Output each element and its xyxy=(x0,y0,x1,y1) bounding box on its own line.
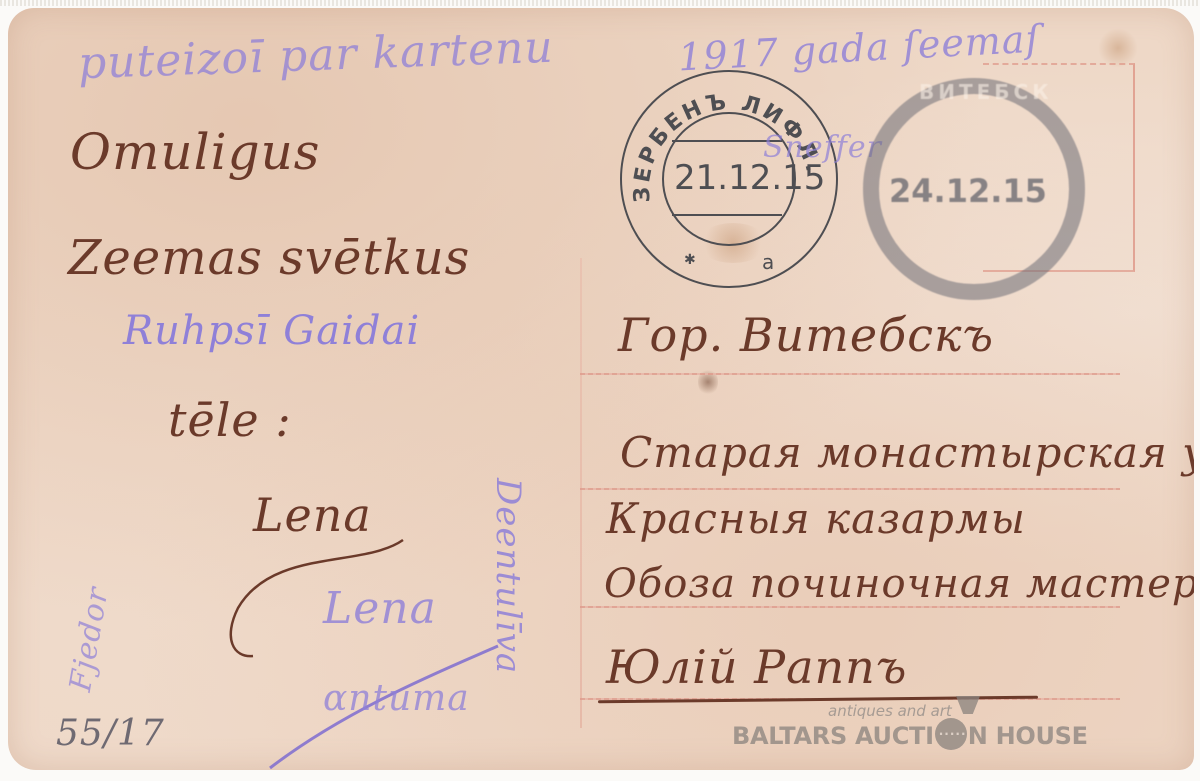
watermark-logo-cap-icon xyxy=(956,696,980,714)
postmark-star-icon: ✱ xyxy=(684,252,696,268)
address-line xyxy=(580,488,1120,490)
greeting-line-1: Omuligus xyxy=(70,123,320,181)
pencil-vertical-left-note: Fjedor xyxy=(63,584,116,694)
postmark-vitebsk: 24.12.15 ВИТЕБСК xyxy=(863,78,1085,300)
violet-recipient-note: Ruhpsī Gaidai xyxy=(123,308,420,354)
scan-edge xyxy=(0,0,1200,6)
address-city: Гор. Витебскъ xyxy=(618,308,994,362)
postcard: puteizoī par kartenu 1917 gada ſeemaſ Om… xyxy=(8,8,1194,770)
greeting-line-2: Zeemas svētkus xyxy=(68,230,470,286)
auction-watermark: antiques and art BALTARS AUCTIN HOUSE xyxy=(732,702,1132,762)
address-workshop: Обоза починочная мастерская xyxy=(604,561,1194,607)
address-line xyxy=(580,373,1120,375)
postmark-date: 24.12.15 xyxy=(889,172,1047,210)
watermark-logo-circle-icon xyxy=(935,718,967,750)
address-recipient-name: Юлій Раппъ xyxy=(606,640,907,694)
postmark-bar xyxy=(672,214,782,216)
watermark-name-part1: BALTARS AUCTI xyxy=(732,722,934,750)
violet-vertical-note: Deentulīva xyxy=(488,478,528,674)
stamp-scribble: Sneffer xyxy=(763,130,882,165)
inventory-number: 55/17 xyxy=(56,713,165,754)
address-divider-line xyxy=(580,258,582,728)
address-street: Старая монастырская ул. xyxy=(620,428,1194,477)
postmark-arc-text: ВИТЕБСК xyxy=(919,80,1053,104)
pencil-note-bottom: ɑntuma xyxy=(323,678,470,719)
sender-line: tēle : xyxy=(168,393,292,447)
address-barracks: Красныя казармы xyxy=(606,494,1026,543)
watermark-name-part2: N HOUSE xyxy=(968,722,1088,750)
stain xyxy=(1098,28,1138,68)
postmark-index-letter: а xyxy=(762,250,774,274)
postmark-zerben: ЗЕРБЕНЪ ЛИФЛ. 21.12.15 а ✱ xyxy=(620,70,838,288)
signature-pencil: Lena xyxy=(323,583,437,634)
pencil-note-top-left: puteizoī par kartenu xyxy=(77,22,554,90)
watermark-name: BALTARS AUCTIN HOUSE xyxy=(732,718,1088,750)
